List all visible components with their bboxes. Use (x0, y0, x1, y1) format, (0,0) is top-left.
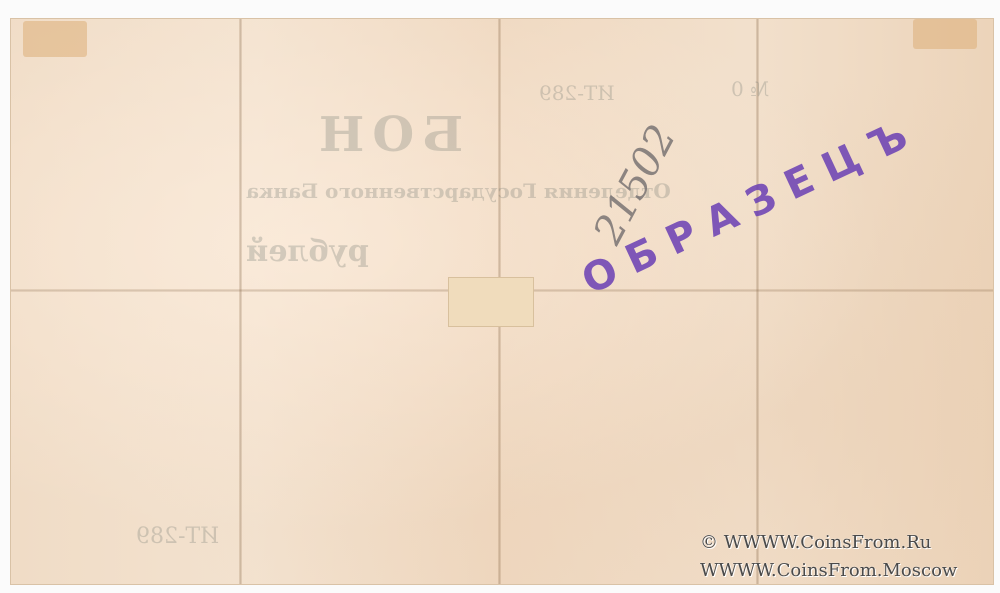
ghost-serial-bottom: ИТ-289 (136, 524, 219, 549)
ghost-number: № 0 (731, 77, 769, 101)
watermark-line-1: © WWWW.CoinsFrom.Ru (700, 532, 931, 553)
ghost-serial-top: ИТ-289 (539, 81, 615, 105)
banknote: ИТ-289 № 0 БОН Отделения Государственног… (10, 18, 994, 585)
ghost-denomination: рублей (246, 234, 369, 269)
watermark-line-2: WWWW.CoinsFrom.Moscow (700, 560, 957, 581)
paper-patch (448, 277, 534, 327)
fold-line (239, 19, 242, 584)
tape-corner (23, 21, 87, 57)
fold-line (756, 19, 759, 584)
ghost-title: БОН (311, 107, 463, 163)
tape-corner (913, 19, 977, 49)
